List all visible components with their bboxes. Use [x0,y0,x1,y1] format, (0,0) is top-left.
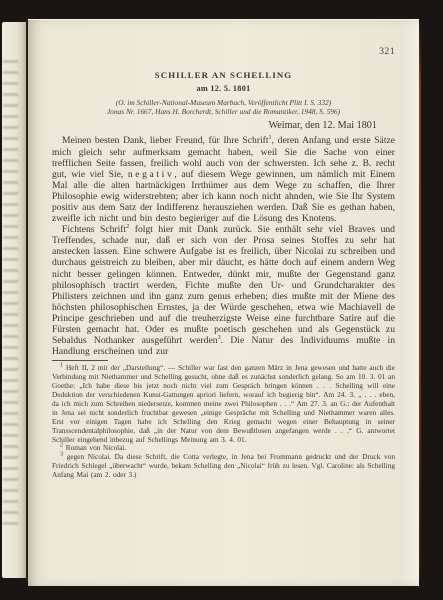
letter-title: SCHILLER AN SCHELLING [52,70,395,81]
text-segment: Meinen besten Dank, lieber Freund, für I… [62,135,269,146]
scan-background: { "scan": { "page_number": "321", "heade… [0,0,443,600]
letter-paragraph: Fichtens Schrift2 folgt hier mit Dank zu… [52,224,395,357]
footnote-text: gegen Nicolai. Da diese Schrift, die Cot… [52,452,395,479]
footnote: 3 gegen Nicolai. Da diese Schrift, die C… [52,453,395,480]
source-note: (O. im Schiller-National-Museum Marbach,… [52,98,395,116]
opposite-page-edge [2,22,26,578]
letter-paragraph: Meinen besten Dank, lieber Freund, für I… [52,135,395,224]
text-segment: folgt hier mit Dank zurück. Sie enthält … [52,224,395,346]
page-number: 321 [52,46,395,58]
footnotes: 1 Heft II, 2 mit der „Darstellung“. — Sc… [52,364,395,480]
footnote-text: Heft II, 2 mit der „Darstellung“. — Schi… [52,363,395,443]
letter-date-heading: am 12. 5. 1801 [52,84,395,94]
text-segment: Fichtens Schrift [62,224,126,235]
book-page: 321 SCHILLER AN SCHELLING am 12. 5. 1801… [28,19,419,586]
source-note-line-1: (O. im Schiller-National-Museum Marbach,… [52,98,395,107]
source-note-line-2: Jonas Nr. 1667, Hans H. Borcherdt, Schil… [52,107,395,116]
opposite-page-ghost-text [3,60,18,530]
book-cover-edge [419,22,421,580]
footnote: 1 Heft II, 2 mit der „Darstellung“. — Sc… [52,364,395,444]
letter-body: Meinen besten Dank, lieber Freund, für I… [52,135,395,357]
place-dateline: Weimar, den 12. Mai 1801 [52,120,377,132]
emphasized-word: negativ [128,169,174,180]
page-content: 321 SCHILLER AN SCHELLING am 12. 5. 1801… [28,20,419,480]
